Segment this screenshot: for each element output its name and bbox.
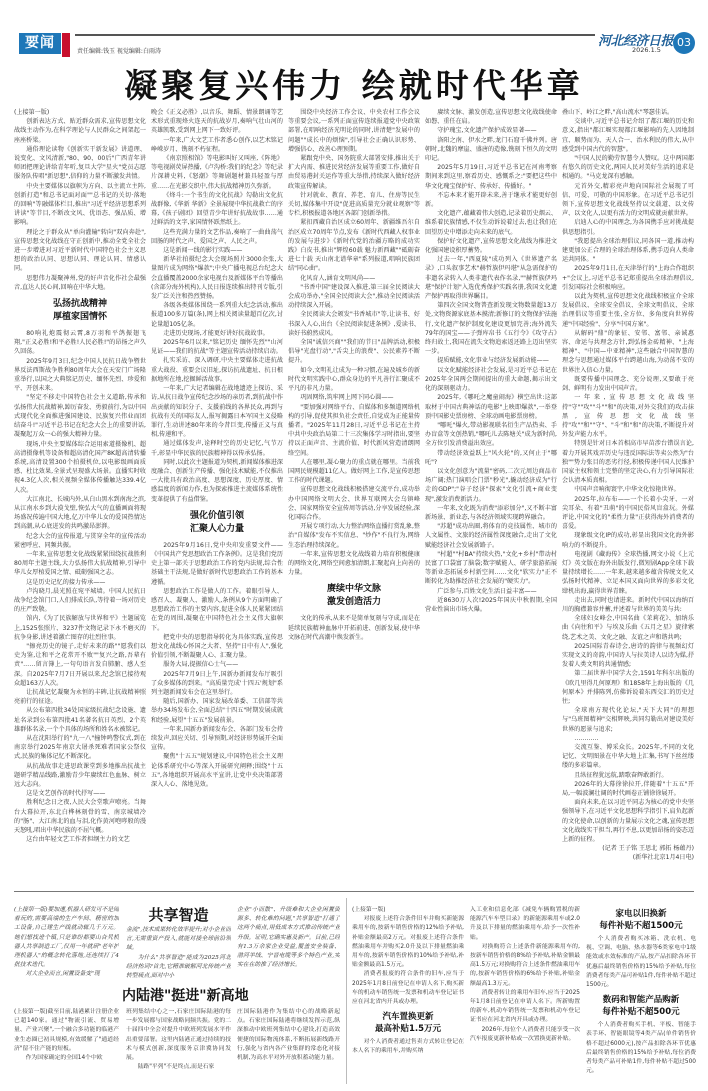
paragraph: 企业"小而散"、升级难和大企业闲置资源多、转化难的问题,"共享智造"打通了这两个… (237, 906, 340, 970)
paragraph: 这些充满力量的文艺作品,奏响了一曲曲荡气回肠的时代之声、爱国之声、人民之声。 (151, 228, 283, 246)
paragraph: 聚焦"十五五"规划建议,中国特色社会主义理论体系研究中心等深入开展研究阐释;围绕… (151, 752, 283, 789)
paragraph: 对大企业而言,闲置设备变"现 (14, 970, 119, 979)
paragraph: 走进历史现场,才能更好讲好抗战故事。 (151, 329, 283, 338)
paragraph: 入工业和信息化部《减免车辆购置税的新能源汽车车型目录》的新能源乘用车或2.0升及… (470, 906, 580, 943)
paragraph: 80响礼炮震彻云霄,8万羽和平鸽振翅飞翔,"正义必胜!和平必胜!人民必胜!"的昂… (14, 329, 146, 357)
editor-credits: 责任编辑:钱玉 视觉编辑:白雨涛 (77, 46, 161, 55)
paragraph: 同时,以此次主题报道为契机,新闻媒体推进深度融合、创新生产传播、强化技术赋能,不… (151, 458, 283, 504)
paragraph: 班列集结中心之一,石家庄国际陆港的每一步发展都与国家战略同频共振。党的二十届四中… (126, 1008, 231, 1063)
paragraph: 以文化赋能经济社会发展,是习近平总书记在2025年全国两会期间提出的重大命题,揭… (425, 366, 557, 394)
header-rule (75, 34, 595, 36)
paragraph: 一年来,国新办新闻发布会、各部门发布会持续发声,回应关切、引导预期,对经济形势展… (151, 725, 283, 753)
paragraph: 馆内,《为了民族解放与世界和平》主题展览上,1525张照片、3237件文物记录下… (14, 614, 146, 642)
paragraph: 文化的传承,从来不是简单复刻与守成,而是在延续民族精神血脉中开拓前进、创新发展,… (288, 614, 420, 642)
paragraph: 服务大局,提振信心士气—— (151, 660, 283, 669)
paragraph: 交谈中,习近平总书记介绍了都江堰的历史和意义,指出"都江堰实现都江堰影响的先人因… (562, 117, 694, 154)
paragraph: 2026年,每位个人消费者只能享受一次汽车报废更新补贴或一次置换更新补贴。 (470, 1026, 580, 1044)
article-column-2: 晚会《正义必胜》,以音乐、舞蹈、情景朗诵等艺术形式重现烽火连天的抗战岁月,奏响气… (151, 108, 283, 890)
paragraph: 从抗战故事走进思政课堂到多地推出抗战主题研学精品线路,激励青少年赓续红色血脉、树… (14, 762, 146, 790)
paragraph: 守护瑰宝,文化遗产保护成效显著—— (425, 126, 557, 135)
paragraph: 这是历史记忆的接力传承—— (14, 578, 146, 587)
paragraph: 一年来,文化既为消费"添彩加分",又不断丰富新场景、新业态,与各经济领域实现跨界… (425, 504, 557, 522)
paragraph: 思想伟力凝聚神州,党的好声音化作社会最强音,直达人民心间,回响在中华大地。 (14, 274, 146, 292)
paragraph: 2025国际青春诗会,唐诗的韵律与视频幻灯实现文义的奇韵,中国诗人与拉美诗人以诗… (562, 642, 694, 670)
paragraph: 第四次全国文物普查新发现文物数量超13万处,文物资源家底基本摸清;新修订的文物保… (425, 301, 557, 356)
paragraph: 如今,文明礼让成为一种习惯,在遍及城乡的新时代文明实践中心,群众身边的平凡善行汇… (288, 366, 420, 394)
paragraph: 电视剧《藏海传》全球热播,网文小说《上元灯》英文版在海外出版发行,微短剧App全… (562, 550, 694, 596)
paragraph: 个人消费者购买手机、平板、智能手表手环、智能眼镜等4类产品(单件销售价格不超过6… (586, 1021, 696, 1076)
paragraph: 面向未来,在以习近平同志为核心的党中央坚强领导下,在习近平文化思想科学指引下,肩… (562, 798, 694, 844)
paragraph: 卢沟晓月,晨光照在宛平城墙。中国人民抗日战争纪念馆门口,人们排成长队,等待着一场… (14, 587, 146, 615)
paragraph: 通俗理论读物《创新实干新发展》讲道理、说变化、文风清新,"80、90、00后"广… (14, 145, 146, 182)
paragraph: 赓续文脉、激发创造,宣传思想文化战线使命如磐、重任在肩。 (425, 108, 557, 126)
paragraph: 理论之于群众从"单向灌输"转向"双向奔赴",宣传思想文化战线在守正创新中,推动全… (14, 228, 146, 274)
paragraph: "哪吒"爆火,带动影视联名衍生产品热卖、手办盲盒等文创热销,"哪吒儿去陈塘关"成… (425, 421, 557, 449)
paragraph: "村超""村BA"持续火热,"文化+乡村"带动村民富了口袋富了脑袋;数字赋能人、… (425, 550, 557, 587)
paragraph: 作为国家确定的全国14个中欧 (14, 1054, 119, 1063)
paragraph: 现象级文化IP的成功,彰显出我国文化海外影响力的不断提升。 (562, 531, 694, 549)
paragraph: "苏超"成功出圈,将体育的竞技属性、城市的人文属性、文旅的经济属性深度融合,走出… (425, 522, 557, 550)
paragraph: "中国人民的勤劳智慧令人赞叹。这中两国都有悠久的历史文化,两国人民对美好生活的追… (562, 154, 694, 182)
story-shared-manufacturing-col3: 企业"小而散"、升级难和大企业闲置资源多、转化难的问题,"共享智造"打通了这两个… (237, 906, 340, 984)
subheading: 强化价值引领 汇聚人心力量 (151, 510, 283, 536)
story-inland-port-col1: (上接第一版)截至目前,陆港累计注册企业已超140家。通过"物流引流、贸易增量、… (14, 1008, 119, 1078)
paragraph: 晚会《正义必胜》,以音乐、舞蹈、情景朗诵等艺术形式重现烽火连天的抗战岁月,奏响气… (151, 108, 283, 136)
paragraph: 2025年9月16日,党中央印发重要文件——《中国共产党思想政治工作条例》。这是… (151, 541, 283, 587)
story-car-subsidy-col2: 入工业和信息化部《减免车辆购置税的新能源汽车车型目录》的新能源乘用车或2.0升及… (470, 906, 580, 1086)
paragraph: 现场,中央主要媒体综合运用索道摄像机、超高清摄像机等设备和超高清化国产8K超高清… (14, 440, 146, 495)
paragraph: "书香中国"建设深入推进,第三届全民阅读大会成功举办,"全国全民阅读大会",推动… (288, 283, 420, 311)
paragraph: 对报废上述符合条件旧车并购买新能源乘用车的,按新车销售价格的12%给予补贴,补贴… (352, 915, 464, 970)
paragraph: 针对就业、教育、养老、育儿、住房等民生关切,媒体集中开设"促进高质量充分就业观察… (288, 191, 420, 219)
paragraph: 扎实采访、深入调研,中央主要媒体走进抗战重大战役、重要会议旧址,探访抗战遗址、抗… (151, 356, 283, 384)
paragraph: 叠山下、岭江之畔,"高山流水"琴瑟佳话。 (562, 108, 694, 117)
reporter-byline: (记者 王子铭 王思北 郭拓 杨蕴丹) (562, 844, 694, 853)
paragraph: 这台由年轻文艺工作者担纲主力的文艺 (14, 835, 146, 844)
paragraph: 个人消费者购买冰箱、洗衣机、电视、空调、电脑、热水器等6类家电中1级能效或水效标… (586, 935, 696, 990)
paragraph: 2026年的大幕徐徐拉开,伴随着"十五五"开局,一幅波澜壮阔的时代画卷正铺徐徐展… (562, 780, 694, 798)
main-headline: 凝聚复兴伟力 绘就时代华章 (0, 60, 708, 107)
paragraph: 从公布第四批34处国家级抗战纪念设施、遗址名录到公布第四批41名著名抗日英烈、2… (14, 706, 146, 734)
paragraph: 这是新闻一线的影行实践—— (151, 246, 283, 255)
continuation-note: (上接第一版) (352, 906, 464, 915)
paragraph: 元首外交,精彩亮声地向国际社会展现了可信、可爱、可敬的中国形象。在习近平总书记引… (562, 182, 694, 219)
paragraph: 且纵征程犹远航,踏歌奋辉敢新行。 (562, 771, 694, 780)
paragraph: 以此为契机,宣传思想文化战线积极宣介全球发展倡议、全球安全倡议、全球文明倡议、全… (562, 292, 694, 329)
paragraph: 庄国际陆港作为集结中心的战略新起点。石家庄国际陆港将继续发挥示范,纵深推动中欧班… (237, 1008, 340, 1063)
story-shared-manufacturing-col1: (上接第一版)要加速,机器人研发可不是闹着玩的,需要高端的生产车间、精密的加工设… (14, 906, 119, 984)
paragraph: 洛阳之南、伊水之畔,龙门石窟千佛并列。唐朝时,北魏的摩崖、盛唐的造像,镌刻下恒久… (425, 136, 557, 164)
article-column-3: 围绕中央经济工作会议、中央农村工作会议等重要会议,一系列正面宣传连续报道党中央政… (288, 108, 420, 890)
paragraph: 一年来,宣传思想文化战线着力培育积极健康的网络文化,网络空间愈加清朗,汇聚起向上… (288, 550, 420, 578)
paragraph: 围绕中央经济工作会议、中央农村工作会议等重要会议,一系列正面宣传连续报道党中央政… (288, 108, 420, 154)
story-title-shared-manufacturing: 共享智造 (126, 904, 231, 925)
subheading: 汽车置换更新 最高补贴1.5万元 (352, 1011, 464, 1035)
page-masthead: 要闻 责任编辑:钱玉 视觉编辑:白雨涛 河北经济日报 2026.1.5 03 (0, 0, 708, 62)
issue-date: 2026.1.5 (632, 46, 661, 54)
paragraph: 《烽斗:一个书生的文化抗战》勾勒出文化抗战群像,《华新 华新》全景展现中华抗战救… (151, 191, 283, 228)
paragraph: 消费者转让的乘用车旧车,应当于2025年1月8日前登记在申请人名下。所新购置的新… (470, 989, 580, 1026)
paragraph: "我愿提出全球治理倡议,同各国一道,推动构建更加公正合理的全球治理体系,携手迈向… (562, 237, 694, 265)
paragraph: "要加强对网络平台、自媒体和多频道网络机构的引导,促使其担负社会责任,自觉成为正… (288, 403, 420, 458)
paragraph: 对个人消费者通过售卖方式转让登记在本人名下的乘用车,并购买纳 (352, 1038, 464, 1056)
paragraph: 《南京照相馆》等电影叫好又叫座,《阵地》等电视剧荧屏热播,《卢沟桥:我们的纪念》… (151, 154, 283, 191)
story-appliance-subsidy: 家电以旧换新 每件补贴不超1500元 个人消费者购买冰箱、洗衣机、电视、空调、电… (586, 904, 696, 1084)
paragraph: 全球妇女峰会,中国名曲《茉莉花》、加纳乐曲《向往和平》与埃及乐曲《五月之星》旋律… (562, 614, 694, 642)
paragraph: 新华社拍摄纪念大会现场照片3000余张,大量图片成为网络"爆款";中央广播电视总… (151, 255, 283, 301)
paragraph: 对换购符合上述条件新能源乘用车的,按新车销售价格的8%给予补贴,补贴金额最高1.… (470, 943, 580, 989)
paragraph: 2025年9月3日,纪念中国人民抗日战争暨世界反法西斯战争胜利80周年大会在天安… (14, 357, 146, 394)
paragraph: 为什么"共享智造"能成为2025河北经济热词?首先,它精准破解河北传统产业转型痛… (126, 954, 231, 982)
article-column-4: 赓续文脉、激发创造,宣传思想文化战线使命如磐、重任在肩。 守护瑰宝,文化遗产保护… (425, 108, 557, 890)
paragraph: 2025年,《哪吒之魔童闹海》横空出世:这部取材于中国古典神话的电影"上映即爆款… (425, 393, 557, 421)
paragraph: 近8630万人次!2025年国庆中秋假期,全国营业性演出市场火爆。 (425, 596, 557, 614)
paragraph: 化风育人,涵育文明风尚—— (288, 274, 420, 283)
paragraph: 全球南方现代化论坛,"天下大同"的理想与"乌班图精神"交相辉映,共同勾勒出对建设… (562, 706, 694, 734)
paragraph: ………… (562, 734, 694, 743)
paragraph: 人在哪里,凝心聚力的重点就在哪里。当前我国网民规模超11亿人。做好网上工作,是宣… (288, 458, 420, 486)
paragraph: 巩固网络,筑牢网上网下同心圆—— (288, 393, 420, 402)
dateline: (新华社北京1月4日电) (562, 853, 694, 862)
paragraph: 紧跟党中央、国务院重大部署安排,推出关于扩大内需、推进民营经济发展等重要工作,做… (288, 154, 420, 191)
paragraph: 胜利纪念日之夜,人民大会堂歌声嘹亮。当舞台大幕拉开,东北白桦林刻骨的雪、南京城墙… (14, 798, 146, 835)
paragraph: 全民阅读大会颁发"书香城市"等,让读书、好书深入人心,出台《全民阅读促进条例》,… (288, 310, 420, 338)
paragraph: 启迪人心的中国理念,为各国携手应对挑战提供思想指引。 (562, 218, 694, 236)
story-title-inland-port: 内陆港"挺进"新高地 (122, 985, 232, 1005)
story-car-subsidy-col1: (上接第一版) 对报废上述符合条件旧车并购买新能源乘用车的,按新车销售价格的12… (352, 906, 464, 1086)
paragraph: 提质赋能,文化事业与经济发展新动能—— (425, 356, 557, 365)
paragraph: 既要传播中国理念、充分说理,又要敢于亮剑、鲜明有力发出中国声音。 (562, 375, 694, 393)
paragraph: 以文化创意为"流量"密码,二次元周边商品市场广阔;热门演唱会门票"秒光",撬动经… (425, 467, 557, 504)
column-divider (346, 898, 347, 1084)
paragraph: 一年来,宣传思想文化战线坚持"守""攻""斗""和"的决策,对外交我们的攻击抹黑… (562, 393, 694, 439)
paragraph: 一年来,宣传思想文化战线紧紧围绕抗战胜利80周年主题主线,大力弘扬伟大抗战精神,… (14, 550, 146, 578)
paragraph: 广泛参与,百姓文化生活日益丰富—— (425, 587, 557, 596)
section-tag: 要闻 (19, 33, 61, 54)
paragraph: 思想政治工作是做人的工作。着眼引导人、感召人、凝聚人、激励人,条例从9个方面明确… (151, 587, 283, 633)
paragraph: 一年来,广大文艺工作者悉心创作,以艺术铭记峥嵘岁月、镌刻不朽征程。 (151, 136, 283, 154)
paragraph: "擦亮历史的镜子,走好未来的路""愿我们以史为鉴,让和平之花常开不败""复兴之路… (14, 642, 146, 688)
main-article: (上接第一版) 创新表达方式、贴近群众需求,宣传思想文化战线主动作为,在科学理论… (14, 108, 698, 890)
paragraph: "坚定不移走中国特色社会主义道路,传承和弘扬伟大抗战精神,踔厉奋发、勇毅前行,为… (14, 393, 146, 439)
paragraph: 这是文艺创作的时代抒写—— (14, 789, 146, 798)
paragraph: 一年来,广大记者编辑在战地遗迹上探访、采访,从抗日战争宣传纪念沙场的亲历者,到抗… (151, 384, 283, 439)
continuation-note: (上接第一版) (14, 108, 146, 117)
paragraph: 各级各类媒体围绕一系列重大纪念活动,推出报道100多万篇(条),网上相关阅读量超… (151, 301, 283, 329)
paragraph: 过去一年,"西夏陵"成功列入《世界遗产名录》,口头叙事艺术"赫哲族伊玛堪"从急需… (425, 255, 557, 301)
paragraph: 带动经济效益跃上"风火轮"的,又何止于"哪吒"? (425, 449, 557, 467)
paragraph: 不忘本来才能开辟未来,善于继承才能更好创新。 (425, 191, 557, 209)
paragraph: 开展专项行动,大力整治网络直播打赏乱象,整治"自媒体"发布不实信息、"炒作"不良… (288, 522, 420, 550)
subheading: 家电以旧换新 每件补贴不超1500元 (586, 908, 696, 932)
paragraph: 从解码"鼎"的象征、安邻、富邻、亲诚惠容、命运与共理念方针,到弘扬金砖精神、"上… (562, 329, 694, 375)
paragraph: 创新表达方式、贴近群众需求,宣传思想文化战线主动作为,在科学理论与人民群众之间架… (14, 117, 146, 145)
paragraph: 2025年9月1日,在天津举行的"上海合作组织+"会议上,习近平总书记郑重提出全… (562, 264, 694, 292)
paragraph: 金流",技术成果转化效率提升;对小企业而言,无需重资产投入,就能对接全球前沿领域… (126, 926, 231, 954)
paragraph: (上接第一版)要加速,机器人研发可不是闹着玩的,需要高端的生产车间、精密的加工设… (14, 906, 119, 970)
paragraph: 通过媒体发声,诠释时空的历史记忆,气节万千,彰显中华民族的民族精神得以传承弘扬。 (151, 439, 283, 457)
subheading: 赓续中华文脉 激发创造活力 (288, 583, 420, 609)
subheading: 弘扬抗战精神 厚植家国情怀 (14, 298, 146, 324)
section-divider (14, 891, 694, 892)
paragraph: 消费者报废的符合条件的旧车,应当于2025年1月8日前登记在申请人名下,购买新车… (352, 970, 464, 1007)
paragraph: 2025年5月19日,习近平总书记在河南考察期间来到这里,察看历史、感慨系之:"… (425, 163, 557, 191)
page-number-badge: 03 (673, 32, 695, 54)
subheading: 数码和智能产品购新 每件补贴不超500元 (586, 994, 696, 1018)
article-column-5: 叠山下、岭江之畔,"高山流水"琴瑟佳话。 交谈中,习近平总书记介绍了都江堰的历史… (562, 108, 694, 890)
paragraph: 从在沈阳举行的"九一八"撞钟鸣警仪式,到在南京举行2025年南京大屠杀死难者国家… (14, 734, 146, 762)
paragraph: 第二届世界中国学大会,1591年科尔出版的《欧几里得几何原理》和1858年上海出… (562, 669, 694, 706)
paragraph: 陆路"平列"不是终点,而是石家 (126, 1063, 231, 1072)
paragraph: 纪念大会的宣传报道,与贯穿全年的宣传活动紧密呼应、同频共振。 (14, 532, 146, 550)
paragraph: 中央主要媒体以旗帜为方向、以主流立主阵,创新打造"和总书记面对面""总书记的关切… (14, 182, 146, 228)
article-column-1: (上接第一版) 创新表达方式、贴近群众需求,宣传思想文化战线主动作为,在科学理论… (14, 108, 146, 890)
paragraph: 把党中央的思想指导转化为具体实践,宣传思想文化战线心怀国之大者、坚持"日中有人"… (151, 633, 283, 661)
paragraph: 2025年6月以来,"铭记历史 缅怀先烈""山河见证——我们的抗战"等主题宣传活… (151, 338, 283, 356)
paragraph: 2025年7月9日上午,国新办新闻发布厅吸引了众多媒体的到来。"高质量完成'十四… (151, 670, 283, 698)
story-inland-port-col3: 庄国际陆港作为集结中心的战略新起点。石家庄国际陆港将继续发挥示范,纵深推动中欧班… (237, 1008, 340, 1078)
paragraph: 中国声音响彻寰宇,中华文化惊艳世界。 (562, 485, 694, 494)
story-shared-manufacturing-col2: 金流",技术成果转化效率提升;对小企业而言,无需重资产投入,就能对接全球前沿领域… (126, 926, 231, 984)
paragraph: 走出去,同时也请进来。新时代中国以海纳百川的胸襟兼容并蓄,并述着与世界的美美与共… (562, 596, 694, 614)
paragraph: 特别是针对日本首相高市早苗涉台错误言论,着力开展其戏弄历史与违反国际法等卖公然为… (562, 439, 694, 485)
paragraph: 全国"诚信兴商""我们的节日"品牌活动,积极倡导"光盘行动","舌尖上的浪费"、… (288, 338, 420, 366)
paragraph: 交流互鉴、博采众长。2025年,不同的文化记忆、文明图景在中华大地上汇集,书写下… (562, 743, 694, 771)
story-inland-port-col2: 班列集结中心之一,石家庄国际陆港的每一步发展都与国家战略同频共振。党的二十届四中… (126, 1008, 231, 1078)
paragraph: 2025年,拉布布——一个长着小尖牙、一对尖耳朵、有着"丑萌"的中国民俗风盲盒玩… (562, 495, 694, 532)
paragraph: 紧扣西藏自治区成立60周年、新疆维吾尔自治区成立70周年节点,发布《新时代西藏人… (288, 218, 420, 273)
paragraph: 文化遗产,蕴藏着伟大创造,记录着历史烟云、维系着民族情感,不仅生动诉说着过去,也… (425, 209, 557, 237)
paragraph: 大江南北、长城内外,从白山黑水到南海之滨,从江南水乡到大漠戈壁,恢弘大气的直播画… (14, 495, 146, 532)
section-tag-accent (62, 33, 70, 57)
paragraph: 随后,国新办、国家发展改革委、工信部等共举办34场发布会,全面总结"十四五"时期… (151, 697, 283, 725)
paragraph: (上接第一版)截至目前,陆港累计注册企业已超140家。通过"物流引流、贸易增量、… (14, 1008, 119, 1054)
paragraph: 宣传思想文化战线积极搭建交流平台,成功举办中国网络文明大会、世界互联网大会乌镇峰… (288, 485, 420, 522)
paragraph: 保护好文化遗产,宣传思想文化战线为推进文化强国建设积厚蓄势。 (425, 237, 557, 255)
paragraph: 让抗战记忆凝聚为永恒的丰碑,让抗战精神照亮前行的征途。 (14, 688, 146, 706)
